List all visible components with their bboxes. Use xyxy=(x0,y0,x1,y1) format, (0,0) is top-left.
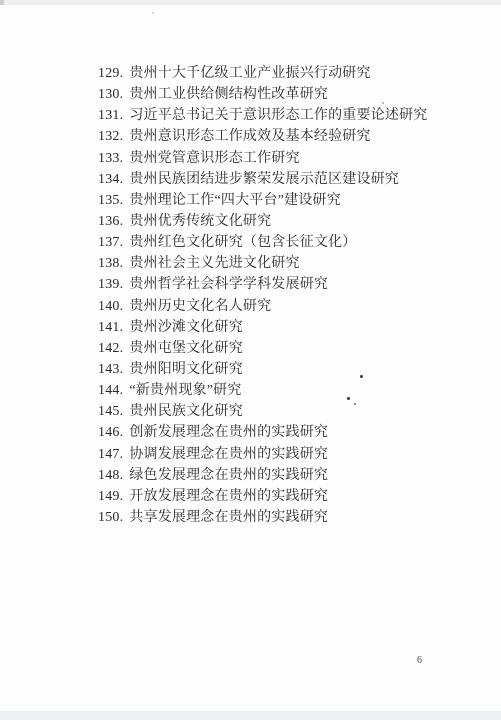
list-item-number: 132. xyxy=(98,126,123,147)
scanned-document-page: 129.贵州十大千亿级工业产业振兴行动研究130.贵州工业供给侧结构性改革研究1… xyxy=(0,0,501,720)
list-item-title: 共享发展理念在贵州的实践研究 xyxy=(129,510,328,525)
scan-speck xyxy=(360,375,363,378)
list-item-title: “新贵州现象”研究 xyxy=(129,383,241,398)
list-item: 136.贵州优秀传统文化研究 xyxy=(98,211,428,232)
list-item-number: 130. xyxy=(98,84,123,105)
list-item-number: 136. xyxy=(98,211,123,232)
list-item-title: 贵州民族团结进步繁荣发展示范区建设研究 xyxy=(129,172,399,187)
list-item-number: 144. xyxy=(98,380,123,401)
list-item-number: 142. xyxy=(98,338,123,359)
page-number: 6 xyxy=(417,655,422,666)
scan-edge-bottom xyxy=(0,711,501,720)
list-item-title: 贵州理论工作“四大平台”建设研究 xyxy=(129,193,341,208)
list-item-number: 150. xyxy=(98,507,123,528)
list-item: 137.贵州红色文化研究（包含长征文化） xyxy=(98,232,428,253)
list-item-number: 137. xyxy=(98,232,123,253)
list-item: 147.协调发展理念在贵州的实践研究 xyxy=(98,444,428,465)
list-item-title: 贵州党管意识形态工作研究 xyxy=(129,151,299,166)
list-item-number: 131. xyxy=(98,105,123,126)
list-item-title: 贵州十大千亿级工业产业振兴行动研究 xyxy=(129,66,370,81)
scan-speck xyxy=(382,102,384,104)
list-item: 139.贵州哲学社会科学学科发展研究 xyxy=(98,274,428,295)
list-item-title: 贵州工业供给侧结构性改革研究 xyxy=(129,87,328,102)
list-item-number: 135. xyxy=(98,190,123,211)
list-item: 135.贵州理论工作“四大平台”建设研究 xyxy=(98,190,428,211)
list-item-number: 139. xyxy=(98,274,123,295)
list-item: 129.贵州十大千亿级工业产业振兴行动研究 xyxy=(98,63,428,84)
list-item-number: 147. xyxy=(98,444,123,465)
list-item-number: 140. xyxy=(98,296,123,317)
list-item-number: 129. xyxy=(98,63,123,84)
list-item-number: 148. xyxy=(98,465,123,486)
list-item-title: 贵州民族文化研究 xyxy=(129,404,243,419)
list-item-title: 绿色发展理念在贵州的实践研究 xyxy=(129,468,328,483)
scan-speck xyxy=(354,403,356,405)
list-item: 132.贵州意识形态工作成效及基本经验研究 xyxy=(98,126,428,147)
list-item: 134.贵州民族团结进步繁荣发展示范区建设研究 xyxy=(98,169,428,190)
list-item-title: 协调发展理念在贵州的实践研究 xyxy=(129,447,328,462)
list-item: 138.贵州社会主义先进文化研究 xyxy=(98,253,428,274)
scan-corner-mark xyxy=(0,0,4,5)
list-item: 146.创新发展理念在贵州的实践研究 xyxy=(98,422,428,443)
list-item: 142.贵州屯堡文化研究 xyxy=(98,338,428,359)
list-item-title: 创新发展理念在贵州的实践研究 xyxy=(129,425,328,440)
list-item: 130.贵州工业供给侧结构性改革研究 xyxy=(98,84,428,105)
list-item: 140.贵州历史文化名人研究 xyxy=(98,296,428,317)
list-item: 133.贵州党管意识形态工作研究 xyxy=(98,148,428,169)
list-item-title: 开放发展理念在贵州的实践研究 xyxy=(129,489,328,504)
research-topics-list: 129.贵州十大千亿级工业产业振兴行动研究130.贵州工业供给侧结构性改革研究1… xyxy=(98,63,428,528)
list-item: 143.贵州阳明文化研究 xyxy=(98,359,428,380)
list-item-title: 贵州哲学社会科学学科发展研究 xyxy=(129,277,328,292)
scan-edge-top xyxy=(0,0,501,5)
list-item-number: 141. xyxy=(98,317,123,338)
list-item-title: 贵州优秀传统文化研究 xyxy=(129,214,271,229)
list-item-number: 138. xyxy=(98,253,123,274)
list-item-number: 133. xyxy=(98,148,123,169)
list-item-title: 贵州屯堡文化研究 xyxy=(129,341,243,356)
list-item-title: 贵州历史文化名人研究 xyxy=(129,299,271,314)
list-item-number: 145. xyxy=(98,401,123,422)
list-item: 150.共享发展理念在贵州的实践研究 xyxy=(98,507,428,528)
scan-speck xyxy=(152,12,154,14)
list-item: 141.贵州沙滩文化研究 xyxy=(98,317,428,338)
list-item: 131.习近平总书记关于意识形态工作的重要论述研究 xyxy=(98,105,428,126)
list-item-title: 贵州沙滩文化研究 xyxy=(129,320,243,335)
scan-speck xyxy=(347,397,350,400)
list-item-title: 贵州红色文化研究（包含长征文化） xyxy=(129,235,356,250)
list-item: 145.贵州民族文化研究 xyxy=(98,401,428,422)
list-item-number: 146. xyxy=(98,422,123,443)
list-item-title: 习近平总书记关于意识形态工作的重要论述研究 xyxy=(129,108,427,123)
list-item-title: 贵州阳明文化研究 xyxy=(129,362,243,377)
list-item: 144.“新贵州现象”研究 xyxy=(98,380,428,401)
list-item-number: 149. xyxy=(98,486,123,507)
list-item-number: 143. xyxy=(98,359,123,380)
list-item-title: 贵州意识形态工作成效及基本经验研究 xyxy=(129,129,370,144)
list-item: 148.绿色发展理念在贵州的实践研究 xyxy=(98,465,428,486)
list-item-title: 贵州社会主义先进文化研究 xyxy=(129,256,299,271)
list-item-number: 134. xyxy=(98,169,123,190)
list-item: 149.开放发展理念在贵州的实践研究 xyxy=(98,486,428,507)
